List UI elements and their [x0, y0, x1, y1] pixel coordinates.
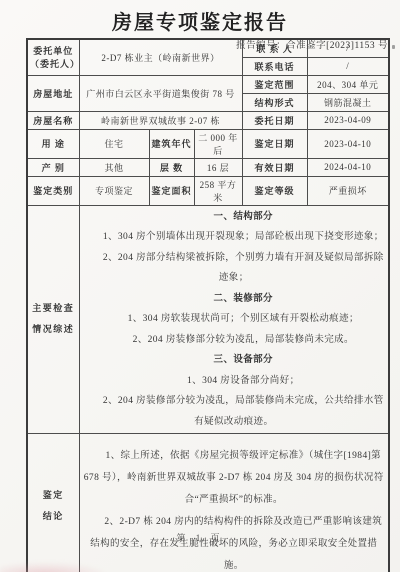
- building-name-value: 岭南新世界双城故事 2-07 栋: [79, 111, 242, 129]
- scope-label: 鉴定范围: [242, 75, 307, 93]
- address-value: 广州市白云区永平街道集俊街 78 号: [79, 75, 242, 111]
- valid-date-value: 2024-04-10: [307, 158, 389, 176]
- structure-type-value: 钢筋混凝土: [307, 93, 389, 111]
- summary-paragraph: 1、304 房软装现状尚可；个别区域有开裂松动痕迹；: [82, 309, 387, 330]
- structure-type-label: 结构形式: [242, 93, 307, 111]
- table-row: 用 途 住宅 建筑年代 二 000 年后 鉴定日期 2023-04-10: [27, 129, 389, 158]
- client-value: 2-D7 栋业主（岭南新世界）: [79, 39, 242, 75]
- floors-label: 层 数: [149, 158, 194, 176]
- appraisal-info-table: 委托单位 （委托人） 2-D7 栋业主（岭南新世界） 联 系 人 / 联系电话 …: [26, 38, 390, 572]
- valid-date-label: 有效日期: [242, 158, 307, 176]
- table-row: 委托单位 （委托人） 2-D7 栋业主（岭南新世界） 联 系 人 /: [27, 39, 389, 57]
- appraisal-grade-value: 严重损坏: [307, 176, 389, 205]
- build-era-value: 二 000 年后: [194, 129, 242, 158]
- scan-speck: [392, 45, 395, 49]
- conclusion-paragraph: 1、综上所述，依据《房屋完损等级评定标准》（城住字[1984]第 678 号），…: [82, 445, 387, 511]
- scanned-report-page: 房屋专项鉴定报告 报告编号：合准鉴字[2023]1153 号 委托单位 （委托人…: [0, 0, 400, 572]
- scope-value: 204、304 单元: [307, 75, 389, 93]
- summary-paragraph: 2、204 房部分结构梁被拆除，个别剪力墙有开洞及疑似局部拆除迹象；: [82, 248, 387, 289]
- building-name-label: 房屋名称: [27, 111, 79, 129]
- client-label: 委托单位 （委托人）: [27, 39, 79, 75]
- usage-value: 住宅: [79, 129, 149, 158]
- floors-value: 16 层: [194, 158, 242, 176]
- commission-date-label: 委托日期: [242, 111, 307, 129]
- contact-phone-label: 联系电话: [242, 57, 307, 75]
- table-row-summary: 主要检查 情况综述 一、结构部分 1、304 房个别墙体出现开裂现象；局部砼板出…: [27, 205, 389, 434]
- appraisal-type-value: 专项鉴定: [79, 176, 149, 205]
- commission-date-value: 2023-04-09: [307, 111, 389, 129]
- summary-paragraph: 一、结构部分: [82, 207, 387, 228]
- usage-label: 用 途: [27, 129, 79, 158]
- appraisal-date-value: 2023-04-10: [307, 129, 389, 158]
- table-row: 房屋地址 广州市白云区永平街道集俊街 78 号 鉴定范围 204、304 单元: [27, 75, 389, 93]
- table-row: 产 别 其他 层 数 16 层 有效日期 2024-04-10: [27, 158, 389, 176]
- appraisal-grade-label: 鉴定等级: [242, 176, 307, 205]
- appraisal-type-label: 鉴定类别: [27, 176, 79, 205]
- conclusion-section-content: 1、综上所述，依据《房屋完损等级评定标准》（城住字[1984]第 678 号），…: [79, 434, 389, 572]
- summary-section-label: 主要检查 情况综述: [27, 205, 79, 434]
- address-label: 房屋地址: [27, 75, 79, 111]
- conclusion-section-label: 鉴定 结论: [27, 434, 79, 572]
- contact-person-value: /: [307, 39, 389, 57]
- summary-paragraph: 三、设备部分: [82, 350, 387, 371]
- appraisal-area-value: 258 平方米: [194, 176, 242, 205]
- table-row-conclusion: 鉴定 结论 1、综上所述，依据《房屋完损等级评定标准》（城住字[1984]第 6…: [27, 434, 389, 572]
- build-era-label: 建筑年代: [149, 129, 194, 158]
- summary-section-content: 一、结构部分 1、304 房个别墙体出现开裂现象；局部砼板出现下挠变形迹象； 2…: [79, 205, 389, 434]
- summary-paragraph: 2、204 房装修部分较为凌乱，局部装修尚未完成。: [82, 330, 387, 351]
- property-class-label: 产 别: [27, 158, 79, 176]
- summary-paragraph: 1、304 房个别墙体出现开裂现象；局部砼板出现下挠变形迹象；: [82, 227, 387, 248]
- contact-person-label: 联 系 人: [242, 39, 307, 57]
- appraisal-area-label: 鉴定面积: [149, 176, 194, 205]
- summary-paragraph: 1、304 房设备部分尚好；: [82, 371, 387, 392]
- contact-phone-value: /: [307, 57, 389, 75]
- document-title: 房屋专项鉴定报告: [0, 0, 400, 35]
- table-row: 鉴定类别 专项鉴定 鉴定面积 258 平方米 鉴定等级 严重损坏: [27, 176, 389, 205]
- appraisal-date-label: 鉴定日期: [242, 129, 307, 158]
- page-number: 第 1 页: [0, 531, 400, 544]
- property-class-value: 其他: [79, 158, 149, 176]
- summary-paragraph: 二、装修部分: [82, 289, 387, 310]
- summary-paragraph: 2、204 房装修部分较为凌乱，局部装修尚未完成，公共给排水管有疑似改动痕迹。: [82, 391, 387, 432]
- table-row: 房屋名称 岭南新世界双城故事 2-07 栋 委托日期 2023-04-09: [27, 111, 389, 129]
